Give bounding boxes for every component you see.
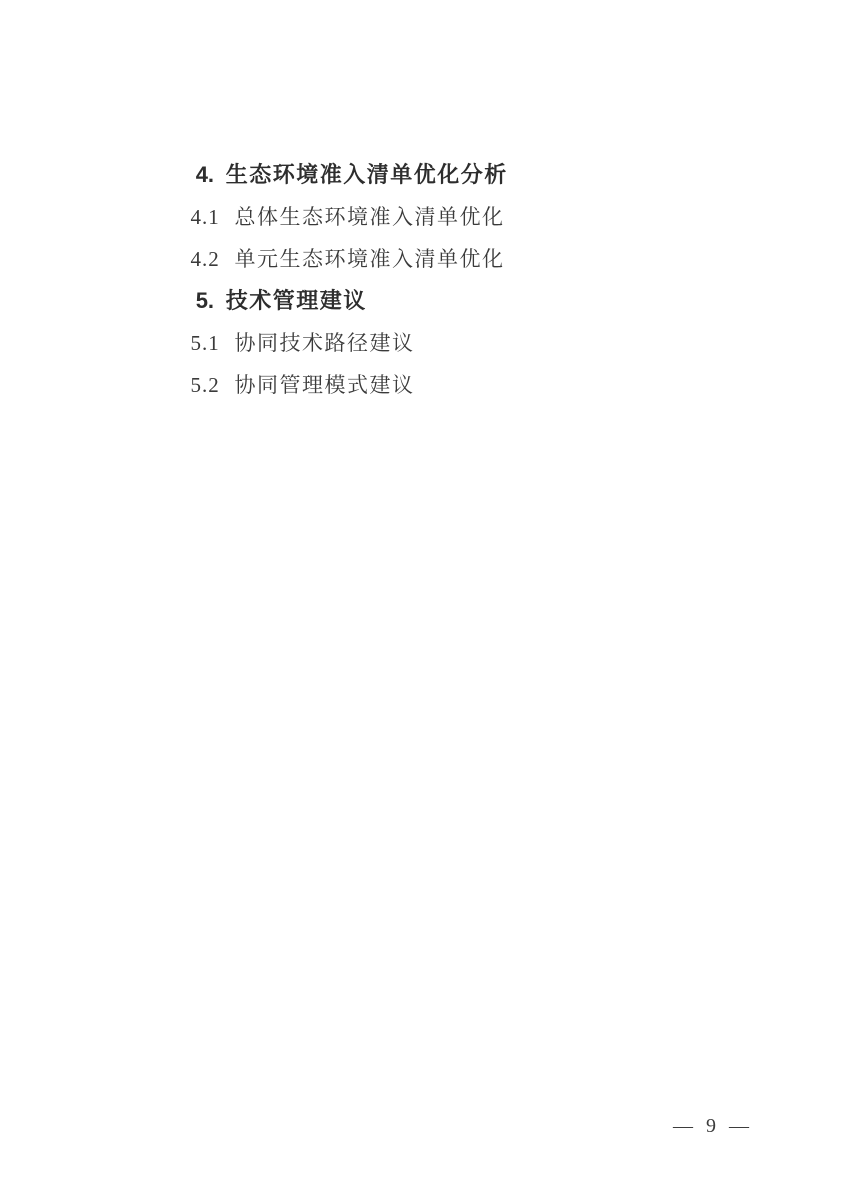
page-number-footer: —9— (653, 1092, 749, 1161)
footer-left-dash: — (673, 1115, 693, 1138)
toc-entry-title: 协同技术路径建议 (235, 331, 415, 355)
toc-entry-chapter-4: 4.生态环境准入清单优化分析 (150, 112, 710, 154)
footer-right-dash: — (729, 1115, 749, 1138)
toc-entry-number: 5.2 (191, 364, 235, 406)
toc-entry-number: 5.1 (191, 322, 235, 364)
toc-entry-number: 4.1 (191, 196, 235, 238)
toc-entry-title: 协同管理模式建议 (235, 373, 415, 397)
toc-entry-title: 生态环境准入清单优化分析 (226, 162, 508, 187)
table-of-contents: 4.生态环境准入清单优化分析 4.1总体生态环境准入清单优化 4.2单元生态环境… (150, 112, 710, 364)
toc-entry-title: 技术管理建议 (226, 288, 367, 313)
page-number: 9 (706, 1115, 716, 1138)
toc-entry-number: 4.2 (191, 238, 235, 280)
toc-entry-title: 单元生态环境准入清单优化 (235, 247, 505, 271)
toc-entry-title: 总体生态环境准入清单优化 (235, 205, 505, 229)
toc-entry-number: 5. (196, 280, 226, 322)
toc-entry-number: 4. (196, 154, 226, 196)
document-page: 4.生态环境准入清单优化分析 4.1总体生态环境准入清单优化 4.2单元生态环境… (0, 0, 843, 1193)
